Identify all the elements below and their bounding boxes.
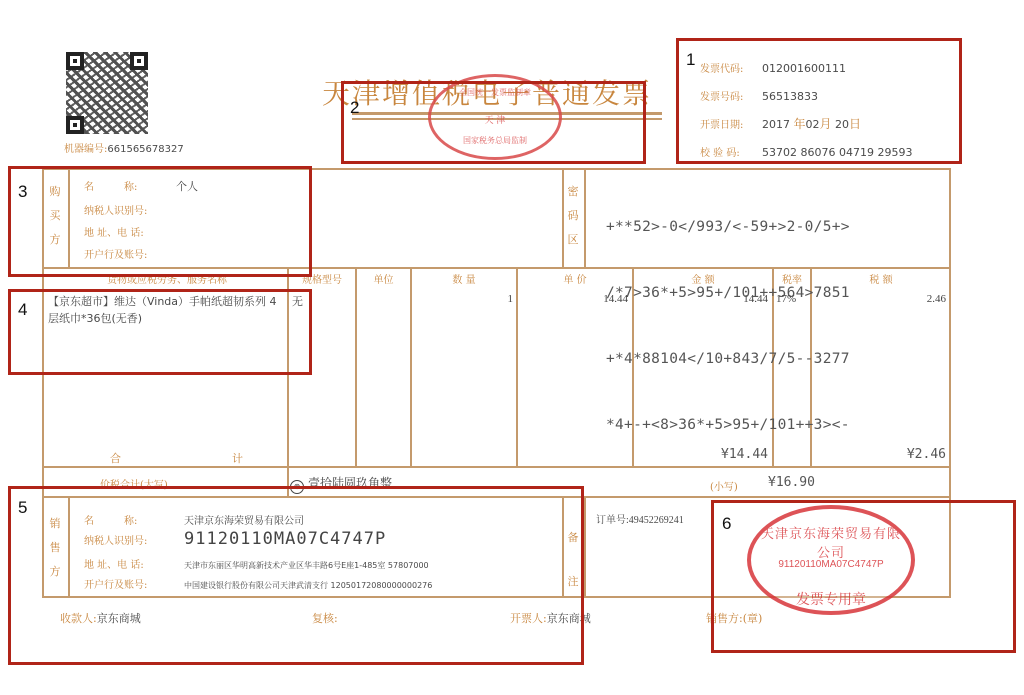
annotation-label-3: 3	[18, 182, 27, 202]
col-header-rate: 税率	[774, 271, 810, 286]
annotation-box-4	[8, 289, 312, 375]
machine-no-label: 机器编号:	[64, 144, 107, 155]
item-amount: 14.44	[634, 293, 768, 305]
col-header-amount: 金 额	[634, 271, 772, 286]
annotation-box-1	[676, 38, 962, 164]
total-label: 合 计	[110, 450, 293, 466]
divider	[562, 168, 564, 268]
item-tax: 2.46	[812, 293, 946, 305]
annotation-box-2	[341, 81, 646, 164]
annotation-box-3	[8, 166, 312, 277]
side-char: 码	[566, 204, 580, 228]
cipher-line: +**52>-0</993/<-59+>2-0/5+>	[606, 216, 850, 238]
side-char: 密	[566, 180, 580, 204]
qr-finder	[66, 52, 84, 70]
divider	[584, 168, 586, 268]
annotation-label-4: 4	[18, 300, 27, 320]
cipher-area: +**52>-0</993/<-59+>2-0/5+> /*7>36*+5>95…	[606, 172, 850, 458]
grand-total-small-label: (小写)	[710, 478, 738, 493]
qr-finder	[130, 52, 148, 70]
divider	[355, 267, 357, 467]
annotation-label-5: 5	[18, 498, 27, 518]
order-number: 订单号:49452269241	[596, 511, 684, 526]
machine-number: 机器编号:661565678327	[64, 140, 184, 155]
annotation-box-6	[711, 500, 1016, 653]
total-amount: ¥14.44	[634, 447, 768, 462]
item-price: 14.44	[518, 293, 628, 305]
col-header-qty: 数 量	[412, 271, 516, 286]
side-char: 区	[566, 228, 580, 252]
qr-finder	[66, 116, 84, 134]
divider	[584, 496, 586, 598]
qr-code	[66, 52, 148, 134]
divider	[42, 466, 951, 468]
cipher-side-label: 密 码 区	[566, 180, 580, 252]
annotation-label-1: 1	[686, 50, 695, 70]
annotation-box-5	[8, 486, 584, 665]
annotation-label-2: 2	[350, 98, 359, 118]
col-header-unit: 单位	[357, 271, 410, 286]
total-tax: ¥2.46	[812, 447, 946, 462]
grand-total-small-value: ¥16.90	[768, 475, 815, 490]
cipher-line: *4+-+<8>36*+5>95+/101++3><-	[606, 414, 850, 436]
col-header-price: 单 价	[518, 271, 632, 286]
col-header-tax: 税 额	[812, 271, 950, 286]
machine-no-value: 661565678327	[107, 144, 183, 155]
item-tax-rate: 17%	[776, 293, 810, 305]
annotation-label-6: 6	[722, 514, 731, 534]
cipher-line: +*4*88104</10+843/7/5--3277	[606, 348, 850, 370]
item-qty: 1	[412, 293, 513, 305]
